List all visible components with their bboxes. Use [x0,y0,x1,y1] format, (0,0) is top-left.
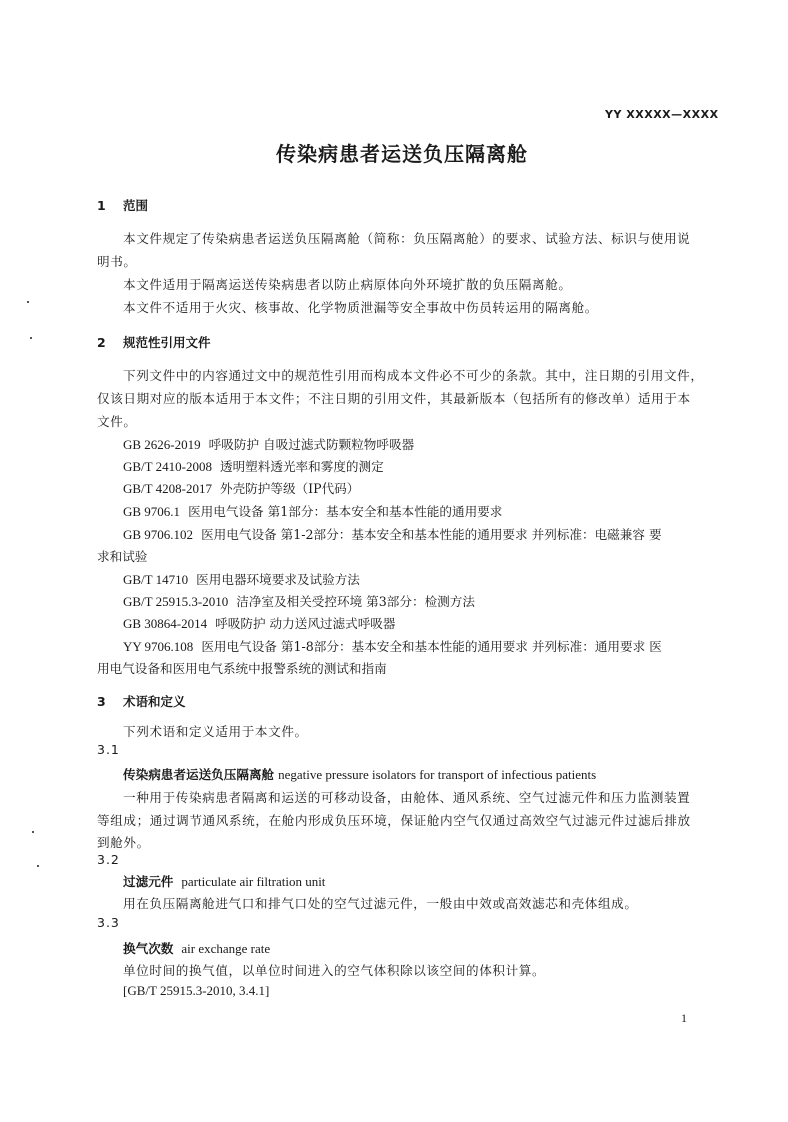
term-en: air exchange rate [181,941,270,956]
reference-item: GB 30864-2014 呼吸防护 动力送风过滤式呼吸器 [123,613,395,632]
paragraph: 本文件不适用于火灾、核事故、化学物质泄漏等安全事故中伤员转运用的隔离舱。 [123,297,598,316]
reference-item-cont: 求和试验 [97,546,147,565]
reference-item: GB 9706.1 医用电气设备 第1部分：基本安全和基本性能的通用要求 [123,501,502,520]
section-number: 3 [97,694,123,709]
term-definition: 一种用于传染病患者隔离和运送的可移动设备，由舱体、通风系统、空气过滤元件和压力监… [123,787,690,806]
paragraph: 本文件适用于隔离运送传染病患者以防止病原体向外环境扩散的负压隔离舱。 [123,274,572,293]
section-number: 2 [97,335,123,350]
paragraph: 下列术语和定义适用于本文件。 [123,721,308,740]
paragraph-cont: 明书。 [97,251,137,270]
scan-mark [32,831,34,833]
scan-mark [37,865,39,867]
reference-item: GB/T 25915.3-2010 洁净室及相关受控环境 第3部分：检测方法 [123,591,475,610]
section-title: 范围 [123,198,148,213]
term-definition: 单位时间的换气值，以单位时间进入的空气体积除以该空间的体积计算。 [123,960,545,979]
page-number: 1 [681,1011,687,1026]
term-number: 3.3 [97,915,120,930]
section-3-heading: 3术语和定义 [97,692,186,710]
term-heading: 过滤元件 particulate air filtration unit [123,871,325,890]
paragraph-cont: 仅该日期对应的版本适用于本文件；不注日期的引用文件，其最新版本（包括所有的修改单… [97,388,691,407]
term-zh: 过滤元件 [123,874,173,889]
scan-mark [27,301,29,303]
term-en: negative pressure isolators for transpor… [278,767,596,782]
section-title: 规范性引用文件 [123,335,211,350]
document-code: YY XXXXX—XXXX [605,108,719,121]
section-number: 1 [97,198,123,213]
section-title: 术语和定义 [123,694,186,709]
term-heading: 换气次数 air exchange rate [123,938,270,957]
term-definition-cont: 等组成；通过调节通风系统，在舱内形成负压环境，保证舱内空气仅通过高效空气过滤元件… [97,810,691,829]
reference-item: GB/T 2410-2008 透明塑料透光率和雾度的测定 [123,456,384,475]
section-1-heading: 1范围 [97,196,148,214]
reference-item: YY 9706.108 医用电气设备 第1-8部分：基本安全和基本性能的通用要求… [123,636,662,655]
term-number: 3.2 [97,852,120,867]
term-zh: 换气次数 [123,941,173,956]
page-title: 传染病患者运送负压隔离舱 [276,138,528,167]
term-heading: 传染病患者运送负压隔离舱 negative pressure isolators… [123,764,596,783]
term-definition: 用在负压隔离舱进气口和排气口处的空气过滤元件，一般由中效或高效滤芯和壳体组成。 [123,893,638,912]
reference-item: GB 2626-2019 呼吸防护 自吸过滤式防颗粒物呼吸器 [123,434,414,453]
paragraph: 下列文件中的内容通过文中的规范性引用而构成本文件必不可少的条款。其中，注日期的引… [123,365,704,384]
reference-item: GB/T 4208-2017 外壳防护等级（IP代码） [123,478,359,497]
term-number: 3.1 [97,742,120,757]
paragraph: 本文件规定了传染病患者运送负压隔离舱（简称：负压隔离舱）的要求、试验方法、标识与… [123,228,690,247]
section-2-heading: 2规范性引用文件 [97,333,211,351]
reference-item-cont: 用电气设备和医用电气系统中报警系统的测试和指南 [97,658,387,677]
term-definition-cont: 到舱外。 [97,832,150,851]
paragraph-cont: 文件。 [97,411,137,430]
reference-item: GB 9706.102 医用电气设备 第1-2部分：基本安全和基本性能的通用要求… [123,524,662,543]
term-source: [GB/T 25915.3-2010, 3.4.1] [123,983,269,999]
term-zh: 传染病患者运送负压隔离舱 [123,767,274,782]
term-en: particulate air filtration unit [181,874,325,889]
reference-item: GB/T 14710 医用电器环境要求及试验方法 [123,569,360,588]
scan-mark [30,337,32,339]
